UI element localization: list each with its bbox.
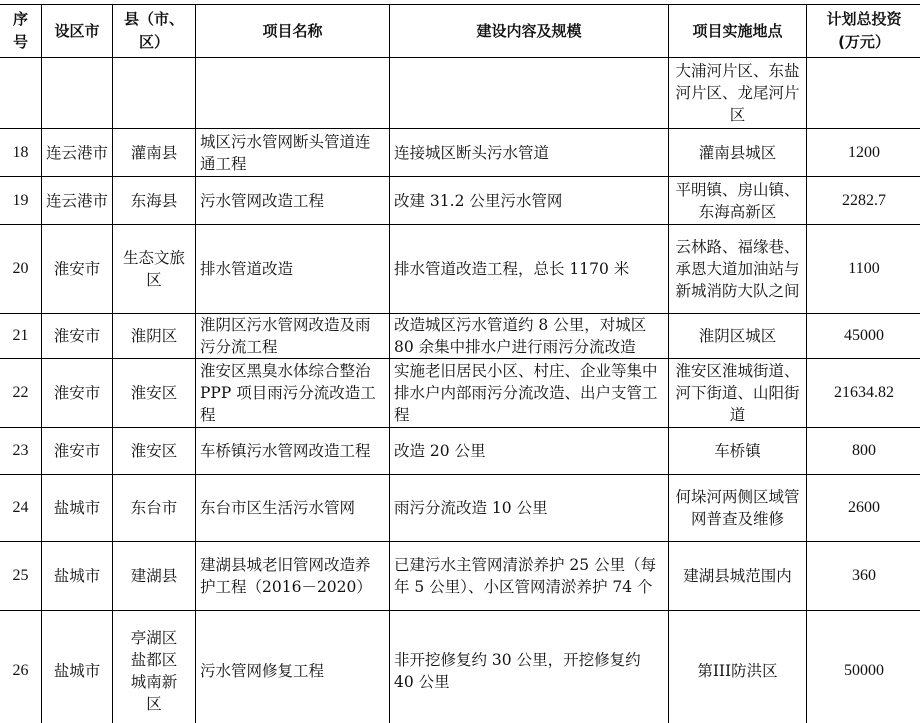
cell-content: 非开挖修复约 30 公里，开挖修复约 40 公里	[390, 611, 669, 723]
table-row: 26 盐城市 亭湖区盐都区城南新区 污水管网修复工程 非开挖修复约 30 公里，…	[0, 611, 920, 723]
cell-investment	[807, 58, 920, 129]
cell-county: 灌南县	[113, 129, 196, 177]
header-seq-label: 序 号	[12, 8, 30, 54]
cell-project: 建湖县城老旧管网改造养护工程（2016－2020）	[196, 542, 390, 611]
cell-city: 淮安市	[42, 428, 113, 475]
cell-city	[42, 58, 113, 129]
project-table: 序 号 设区市 县（市、区） 项目名称 建设内容及规模 项目实施地点 计划总投资…	[0, 4, 920, 723]
cell-project: 车桥镇污水管网改造工程	[196, 428, 390, 475]
cell-seq: 22	[0, 359, 42, 428]
cell-investment: 45000	[807, 314, 920, 359]
cell-investment: 50000	[807, 611, 920, 723]
cell-content: 已建污水主管网清淤养护 25 公里（每年 5 公里）、小区管网清淤养护 74 个	[390, 542, 669, 611]
cell-location: 大浦河片区、东盐河片区、龙尾河片区	[669, 58, 807, 129]
cell-investment: 360	[807, 542, 920, 611]
cell-project: 东台市区生活污水管网	[196, 475, 390, 542]
cell-city: 盐城市	[42, 611, 113, 723]
cell-content: 实施老旧居民小区、村庄、企业等集中排水户内部雨污分流改造、出户支管工程	[390, 359, 669, 428]
header-city: 设区市	[42, 5, 113, 58]
table-row: 21 淮安市 淮阴区 淮阴区污水管网改造及雨污分流工程 改造城区污水管道约 8 …	[0, 314, 920, 359]
cell-city: 淮安市	[42, 225, 113, 314]
cell-investment: 800	[807, 428, 920, 475]
header-row: 序 号 设区市 县（市、区） 项目名称 建设内容及规模 项目实施地点 计划总投资…	[0, 5, 920, 58]
cell-content: 改造城区污水管道约 8 公里，对城区 80 余集中排水户进行雨污分流改造	[390, 314, 669, 359]
cell-investment: 1100	[807, 225, 920, 314]
cell-project: 污水管网修复工程	[196, 611, 390, 723]
cell-county-text: 亭湖区盐都区城南新区	[125, 627, 183, 715]
cell-content: 排水管道改造工程，总长 1170 米	[390, 225, 669, 314]
header-investment: 计划总投资(万元）	[807, 5, 920, 58]
table-row: 18 连云港市 灌南县 城区污水管网断头管道连通工程 连接城区断头污水管道 灌南…	[0, 129, 920, 177]
table-row: 大浦河片区、东盐河片区、龙尾河片区	[0, 58, 920, 129]
cell-seq: 21	[0, 314, 42, 359]
cell-county: 东台市	[113, 475, 196, 542]
cell-county: 淮安区	[113, 359, 196, 428]
cell-project: 排水管道改造	[196, 225, 390, 314]
table-row: 25 盐城市 建湖县 建湖县城老旧管网改造养护工程（2016－2020） 已建污…	[0, 542, 920, 611]
cell-location: 平明镇、房山镇、东海高新区	[669, 177, 807, 225]
cell-investment: 21634.82	[807, 359, 920, 428]
cell-investment: 2600	[807, 475, 920, 542]
cell-county	[113, 58, 196, 129]
cell-investment: 1200	[807, 129, 920, 177]
cell-seq: 18	[0, 129, 42, 177]
cell-city: 淮安市	[42, 359, 113, 428]
cell-location: 淮阴区城区	[669, 314, 807, 359]
cell-seq: 26	[0, 611, 42, 723]
cell-investment: 2282.7	[807, 177, 920, 225]
cell-project: 污水管网改造工程	[196, 177, 390, 225]
header-project: 项目名称	[196, 5, 390, 58]
cell-location: 建湖县城范围内	[669, 542, 807, 611]
cell-seq	[0, 58, 42, 129]
cell-county: 建湖县	[113, 542, 196, 611]
cell-location: 第III防洪区	[669, 611, 807, 723]
cell-city: 淮安市	[42, 314, 113, 359]
cell-location: 灌南县城区	[669, 129, 807, 177]
cell-project: 淮阴区污水管网改造及雨污分流工程	[196, 314, 390, 359]
cell-content	[390, 58, 669, 129]
cell-content: 改建 31.2 公里污水管网	[390, 177, 669, 225]
cell-location: 何垛河两侧区域管网普查及维修	[669, 475, 807, 542]
cell-county: 亭湖区盐都区城南新区	[113, 611, 196, 723]
header-county: 县（市、区）	[113, 5, 196, 58]
table-row: 23 淮安市 淮安区 车桥镇污水管网改造工程 改造 20 公里 车桥镇 800	[0, 428, 920, 475]
cell-county: 生态文旅区	[113, 225, 196, 314]
cell-content: 改造 20 公里	[390, 428, 669, 475]
cell-seq: 25	[0, 542, 42, 611]
cell-county: 淮安区	[113, 428, 196, 475]
cell-city: 盐城市	[42, 475, 113, 542]
cell-project: 淮安区黑臭水体综合整治 PPP 项目雨污分流改造工程	[196, 359, 390, 428]
cell-location: 车桥镇	[669, 428, 807, 475]
cell-seq: 23	[0, 428, 42, 475]
cell-seq: 20	[0, 225, 42, 314]
cell-project	[196, 58, 390, 129]
cell-seq: 24	[0, 475, 42, 542]
header-seq: 序 号	[0, 5, 42, 58]
cell-project: 城区污水管网断头管道连通工程	[196, 129, 390, 177]
table-row: 22 淮安市 淮安区 淮安区黑臭水体综合整治 PPP 项目雨污分流改造工程 实施…	[0, 359, 920, 428]
cell-city: 盐城市	[42, 542, 113, 611]
table-row: 20 淮安市 生态文旅区 排水管道改造 排水管道改造工程，总长 1170 米 云…	[0, 225, 920, 314]
cell-city: 连云港市	[42, 177, 113, 225]
cell-location: 淮安区淮城街道、河下街道、山阳街道	[669, 359, 807, 428]
cell-county: 淮阴区	[113, 314, 196, 359]
table-row: 19 连云港市 东海县 污水管网改造工程 改建 31.2 公里污水管网 平明镇、…	[0, 177, 920, 225]
cell-content: 雨污分流改造 10 公里	[390, 475, 669, 542]
header-content: 建设内容及规模	[390, 5, 669, 58]
cell-location: 云林路、福缘巷、承恩大道加油站与新城消防大队之间	[669, 225, 807, 314]
cell-content: 连接城区断头污水管道	[390, 129, 669, 177]
header-location: 项目实施地点	[669, 5, 807, 58]
cell-seq: 19	[0, 177, 42, 225]
cell-city: 连云港市	[42, 129, 113, 177]
cell-county: 东海县	[113, 177, 196, 225]
table-row: 24 盐城市 东台市 东台市区生活污水管网 雨污分流改造 10 公里 何垛河两侧…	[0, 475, 920, 542]
